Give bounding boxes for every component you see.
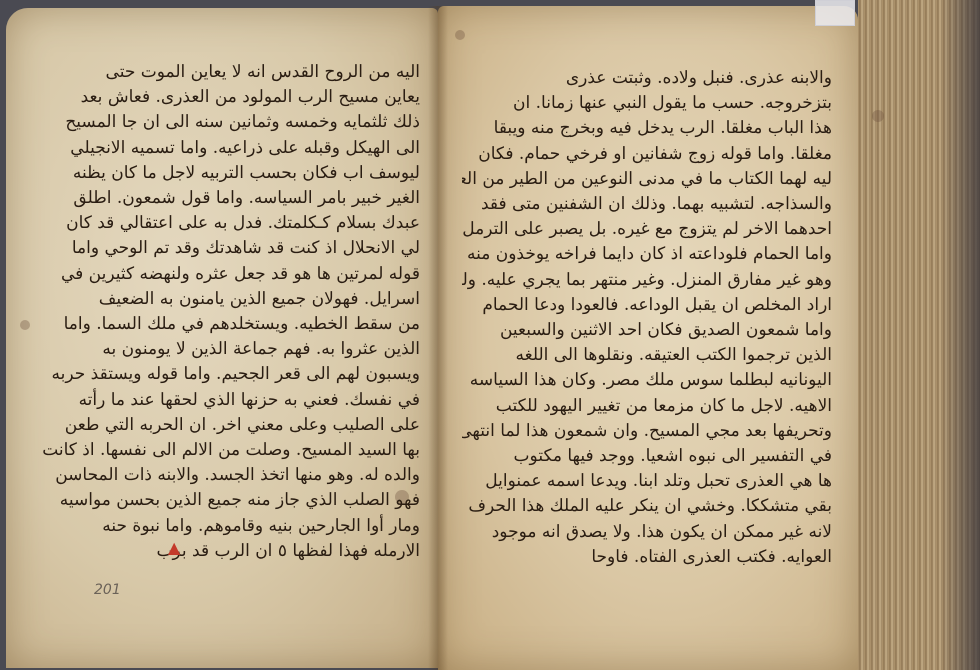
text-line: في نفسك. فعني به حزنها الذي لحقها عند ما… [40, 388, 420, 413]
text-line: اسرايل. فهولان جميع الذين يامنون به الضع… [40, 287, 420, 312]
right-page-text: والابنه عذرى. فنبل ولاده. وثبتت عذرى بتز… [462, 66, 832, 570]
text-line: والسذاجه. لتشبيه بهما. وذلك ان الشفنين م… [462, 192, 832, 217]
text-line: الى الهيكل وقبله على ذراعيه. واما تسميه … [40, 136, 420, 161]
text-line: بتزخروجه. حسب ما يقول النبي عنها زمانا. … [462, 91, 832, 116]
left-page-text: اليه من الروح القدس انه لا يعاين الموت ح… [40, 60, 420, 564]
ink-stain [455, 30, 465, 40]
text-line: مغلقا. واما قوله زوج شفانين او فرخي حمام… [462, 142, 832, 167]
text-line: ذلك ثلثمايه وخمسه وثمانين سنه الى ان جا … [40, 110, 420, 135]
text-line: ليه لهما الكتاب ما في مدنى النوعين من ال… [462, 167, 832, 192]
text-line: قوله لمرتين ها هو قد جعل عثره ولنهضه كثي… [40, 262, 420, 287]
text-line: لي الانحلال اذ كنت قد شاهدتك وقد تم الوح… [40, 236, 420, 261]
text-line: ها هي العذرى تحبل وتلد ابنا. ويدعا اسمه … [462, 469, 832, 494]
red-rubric-mark: ▲ [168, 538, 182, 552]
text-line: العوايه. فكتب العذرى الفتاه. فاوحا [462, 545, 832, 570]
book-gutter [428, 6, 448, 670]
text-line: وهو غير مفارق المنزل. وغير منتهر بما يجر… [462, 268, 832, 293]
text-line: على الصليب وعلى معني اخر. ان الحربه التي… [40, 413, 420, 438]
text-line: لانه غير ممكن ان يكون هذا. ولا يصدق انه … [462, 520, 832, 545]
text-line: يعاين مسيح الرب المولود من العذرى. فعاش … [40, 85, 420, 110]
text-line: من سقط الخطيه. ويستخلدهم في ملك السما. و… [40, 312, 420, 337]
text-line: بها السيد المسيح. وصلت من الالم الى نفسه… [40, 438, 420, 463]
ink-stain [20, 320, 30, 330]
text-line: وتحريفها بعد مجي المسيح. وان شمعون هذا ل… [462, 419, 832, 444]
folio-number: 201 [94, 582, 121, 598]
manuscript-photo: اليه من الروح القدس انه لا يعاين الموت ح… [0, 0, 980, 670]
text-line: اراد المخلص ان يقبل الوداعه. فالعودا ودع… [462, 293, 832, 318]
paper-tab [815, 0, 855, 26]
text-line: هذا الباب مغلقا. الرب يدخل فيه وبخرج منه… [462, 116, 832, 141]
text-line: ومار أوا الجارحين بنيه وقاموهم. واما نبو… [40, 514, 420, 539]
text-line: ويسبون لهم الى قعر الجحيم. واما قوله ويس… [40, 362, 420, 387]
text-line: الارمله فهذا لفظها ٥ ان الرب قد برب [40, 539, 420, 564]
fore-edge-shadow [940, 0, 980, 670]
text-line: فهو الصلب الذي جاز منه جميع الذين بحسن م… [40, 488, 420, 513]
text-line: ليوسف اب فكان بحسب التربيه لاجل ما كان ي… [40, 161, 420, 186]
text-line: واما الحمام فلوداعته اذ كان دايما فراخه … [462, 242, 832, 267]
text-line: الذين ترجموا الكتب العتيقه. ونقلوها الى … [462, 343, 832, 368]
text-line: واما شمعون الصديق فكان احد الاثنين والسب… [462, 318, 832, 343]
text-line: عبدك بسلام كـكلمتك. فدل به على اعتقالي ق… [40, 211, 420, 236]
ink-stain [872, 110, 884, 122]
text-line: اليه من الروح القدس انه لا يعاين الموت ح… [40, 60, 420, 85]
text-line: احدهما الاخر لم يتزوج مع غيره. بل يصبر ع… [462, 217, 832, 242]
text-line: بقي متشككا. وخشي ان ينكر عليه الملك هذا … [462, 494, 832, 519]
text-line: اليونانيه لبطلما سوس ملك مصر. وكان هذا ا… [462, 368, 832, 393]
text-line: والابنه عذرى. فنبل ولاده. وثبتت عذرى [462, 66, 832, 91]
text-line: الغير خبير بامر السياسه. واما قول شمعون.… [40, 186, 420, 211]
text-line: الذين عثروا به. فهم جماعة الذين لا يومنو… [40, 337, 420, 362]
text-line: الاهيه. لاجل ما كان مزمعا من تغيير اليهو… [462, 394, 832, 419]
text-line: والده له. وهو منها اتخذ الجسد. والابنه ذ… [40, 463, 420, 488]
text-line: في التفسير الى نبوه اشعيا. ووجد فيها مكت… [462, 444, 832, 469]
